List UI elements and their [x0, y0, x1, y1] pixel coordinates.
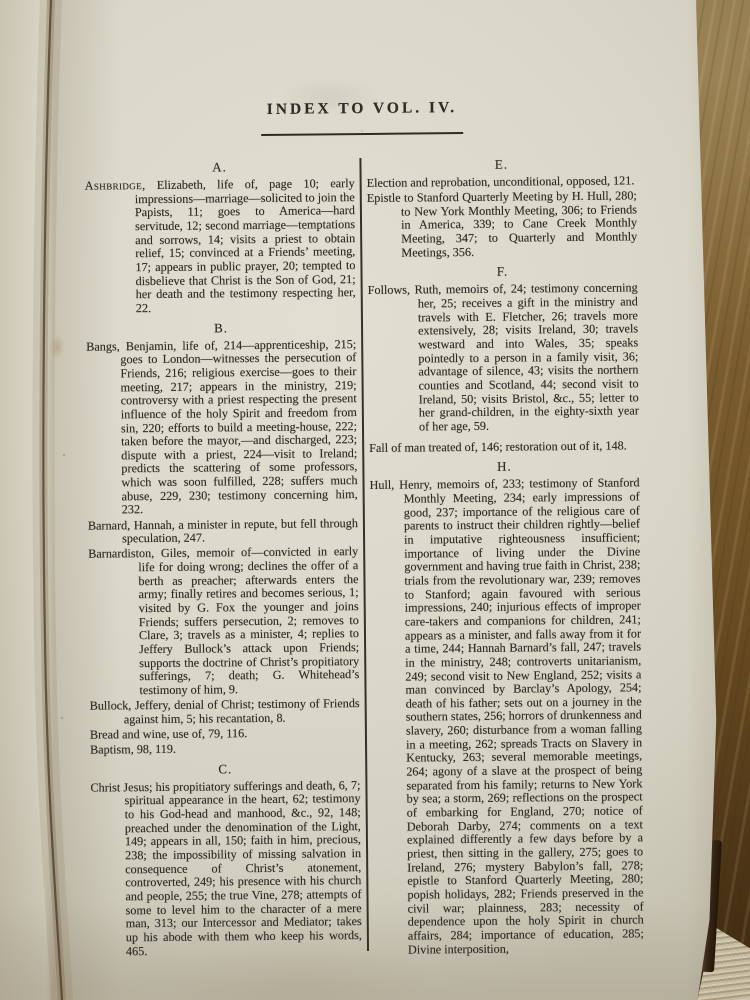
index-entry-fall-of-man: Fall of man treated of, 146; restoration… — [369, 439, 639, 455]
index-entry-baptism: Baptism, 98, 119. — [90, 741, 360, 757]
index-columns: A. Ashbridge, Elizabeth, life of, page 1… — [84, 153, 648, 961]
index-entry-hull: Hull, Henry, memoirs of, 233; testimony … — [369, 477, 644, 958]
book-page: INDEX TO VOL. IV. A. Ashbridge, Elizabet… — [0, 0, 750, 1000]
entry-lead: Ashbridge, — [85, 178, 146, 193]
entry-text: Elizabeth, life of, page 10; early impre… — [135, 176, 356, 315]
index-entry-bullock: Bullock, Jeffery, denial of Christ; test… — [90, 697, 360, 727]
index-entry-epistle: Epistle to Stanford Quarterly Meeting by… — [367, 190, 638, 261]
index-column-right: E. Election and reprobation, uncondition… — [366, 153, 644, 958]
index-column-left: A. Ashbridge, Elizabeth, life of, page 1… — [84, 156, 362, 961]
index-section-f: F. Follows, Ruth, memoirs of, 24; testim… — [367, 263, 639, 455]
index-section-b: B. Bangs, Benjamin, life of, 214—apprent… — [86, 319, 360, 758]
page-title: INDEX TO VOL. IV. — [84, 97, 640, 120]
title-rule — [261, 132, 463, 136]
section-heading-c: C. — [90, 760, 360, 779]
page-content: INDEX TO VOL. IV. A. Ashbridge, Elizabet… — [83, 0, 648, 961]
index-entry-barnard: Barnard, Hannah, a minister in repute, b… — [88, 517, 358, 547]
index-section-c: C. Christ Jesus; his propitiatory suffer… — [90, 760, 362, 959]
book-photo: INDEX TO VOL. IV. A. Ashbridge, Elizabet… — [0, 0, 750, 1000]
index-section-a: A. Ashbridge, Elizabeth, life of, page 1… — [84, 158, 355, 316]
section-heading-e: E. — [366, 155, 636, 174]
index-entry-christ-jesus: Christ Jesus; his propitiatory suffering… — [90, 779, 362, 959]
index-section-e: E. Election and reprobation, uncondition… — [366, 155, 637, 260]
section-heading-b: B. — [86, 319, 356, 338]
index-entry-bread-and-wine: Bread and wine, use of, 79, 116. — [90, 726, 360, 742]
index-entry-bangs: Bangs, Benjamin, life of, 214—apprentice… — [86, 338, 358, 518]
index-section-h: H. Hull, Henry, memoirs of, 233; testimo… — [369, 458, 644, 958]
section-heading-f: F. — [367, 263, 637, 282]
index-entry-follows: Follows, Ruth, memoirs of, 24; testimony… — [368, 282, 639, 435]
index-entry-ashbridge: Ashbridge, Elizabeth, life of, page 10; … — [85, 177, 356, 316]
index-entry-barnardiston: Barnardiston, Giles, memoir of—convicted… — [88, 545, 359, 698]
section-heading-a: A. — [84, 158, 354, 177]
section-heading-h: H. — [369, 458, 639, 477]
